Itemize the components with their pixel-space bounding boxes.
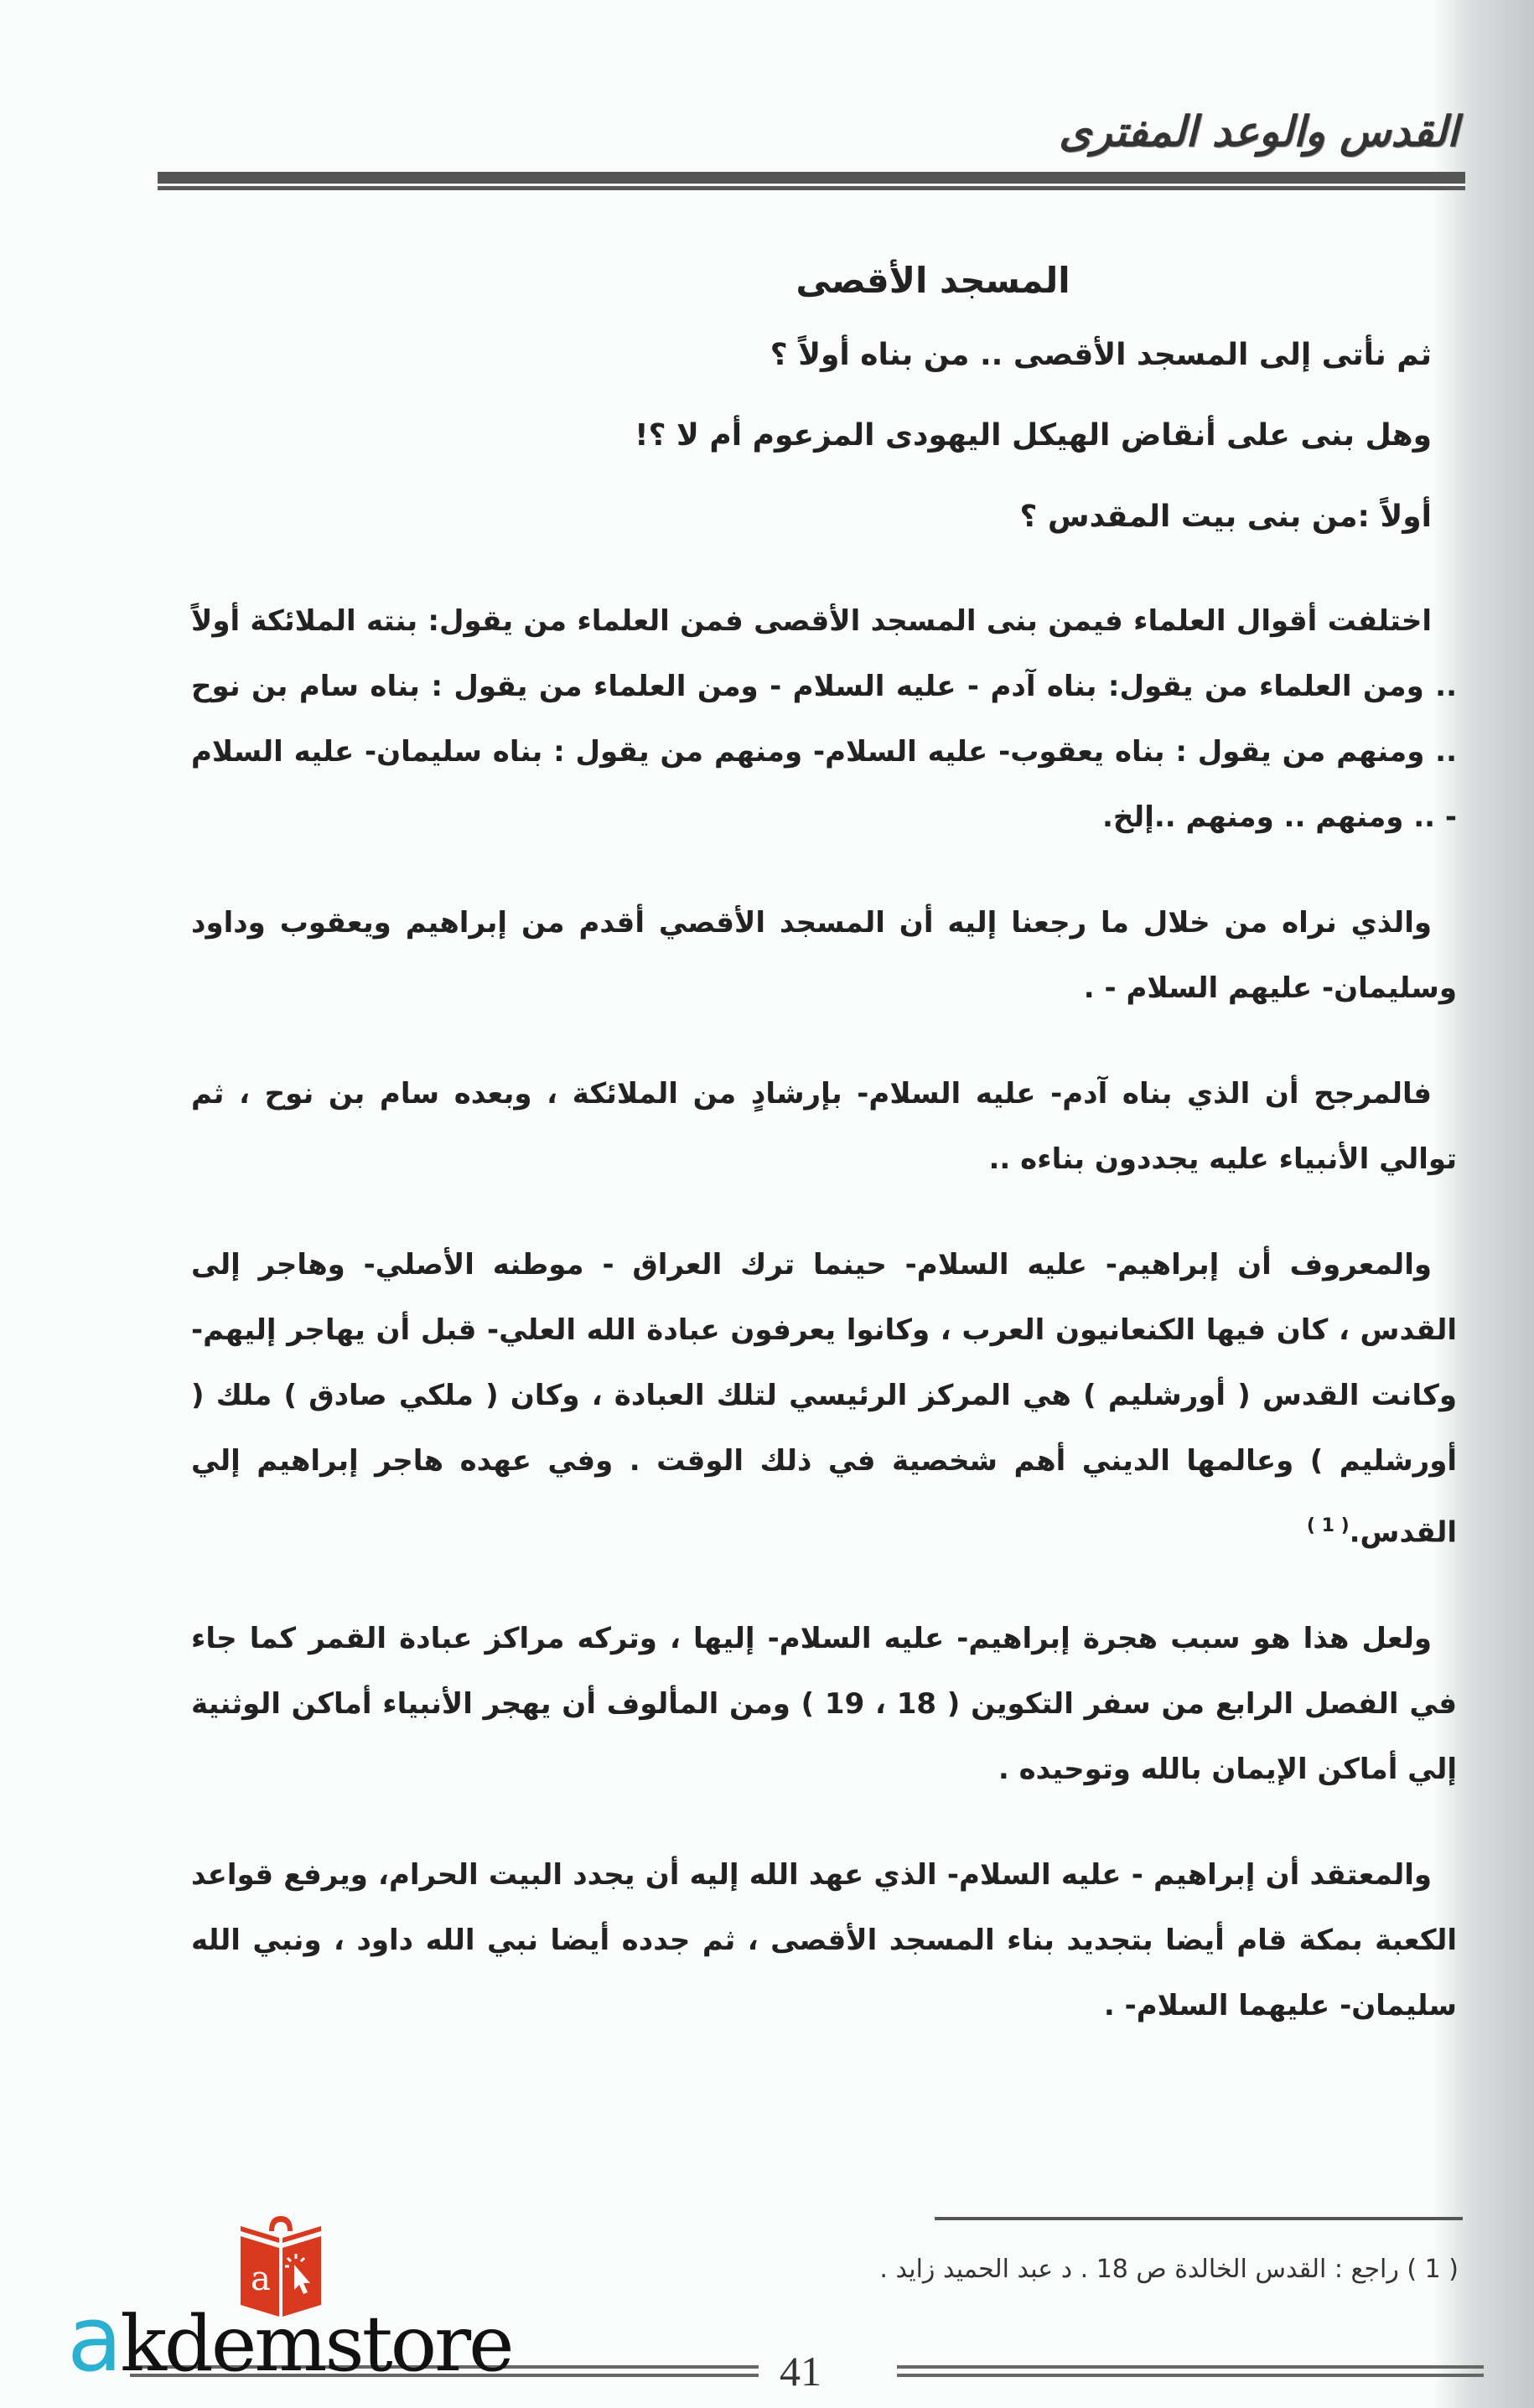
question-3: أولاً :من بنى بيت المقدس ؟ [191, 496, 1457, 538]
paragraph-4: والمعروف أن إبراهيم- عليه السلام- حينما … [191, 1232, 1457, 1565]
akdemstore-watermark-logo: a akdemstore [67, 2196, 503, 2397]
header-rule [158, 172, 1465, 190]
brand-rest: kdemstore [120, 2299, 511, 2389]
question-2: وهل بنى على أنقاض الهيكل اليهودى المزعوم… [191, 415, 1457, 457]
running-header-title: القدس والوعد المفترى [1059, 107, 1459, 156]
footnote-marker: ( 1 ) [1307, 1515, 1350, 1536]
page-number: 41 [780, 2347, 821, 2395]
footer-rule-right-top [897, 2365, 1484, 2369]
footnote-rule [935, 2217, 1463, 2220]
paragraph-6: والمعتقد أن إبراهيم - عليه السلام- الذي … [191, 1842, 1457, 2038]
paragraph-1: اختلفت أقوال العلماء فيمن بنى المسجد الأ… [191, 588, 1457, 850]
paragraph-3: فالمرجح أن الذي بناه آدم- عليه السلام- ب… [191, 1061, 1457, 1192]
paragraph-2: والذي نراه من خلال ما رجعنا إليه أن المس… [191, 890, 1457, 1021]
page-body: المسجد الأقصى ثم نأتى إلى المسجد الأقصى … [191, 243, 1457, 2079]
footnote: ( 1 ) راجع : القدس الخالدة ص 18 . د عبد … [879, 2255, 1459, 2284]
brand-first-letter: a [67, 2287, 120, 2392]
paragraph-4-text: والمعروف أن إبراهيم- عليه السلام- حينما … [191, 1248, 1457, 1549]
question-1: ثم نأتى إلى المسجد الأقصى .. من بناه أول… [191, 334, 1457, 376]
section-title: المسجد الأقصى [191, 260, 1457, 301]
brand-wordmark: akdemstore [67, 2295, 512, 2385]
paragraph-5: ولعل هذا هو سبب هجرة إبراهيم- عليه السلا… [191, 1606, 1457, 1802]
footer-rule-right-bottom [897, 2374, 1484, 2377]
svg-text:a: a [251, 2260, 271, 2298]
